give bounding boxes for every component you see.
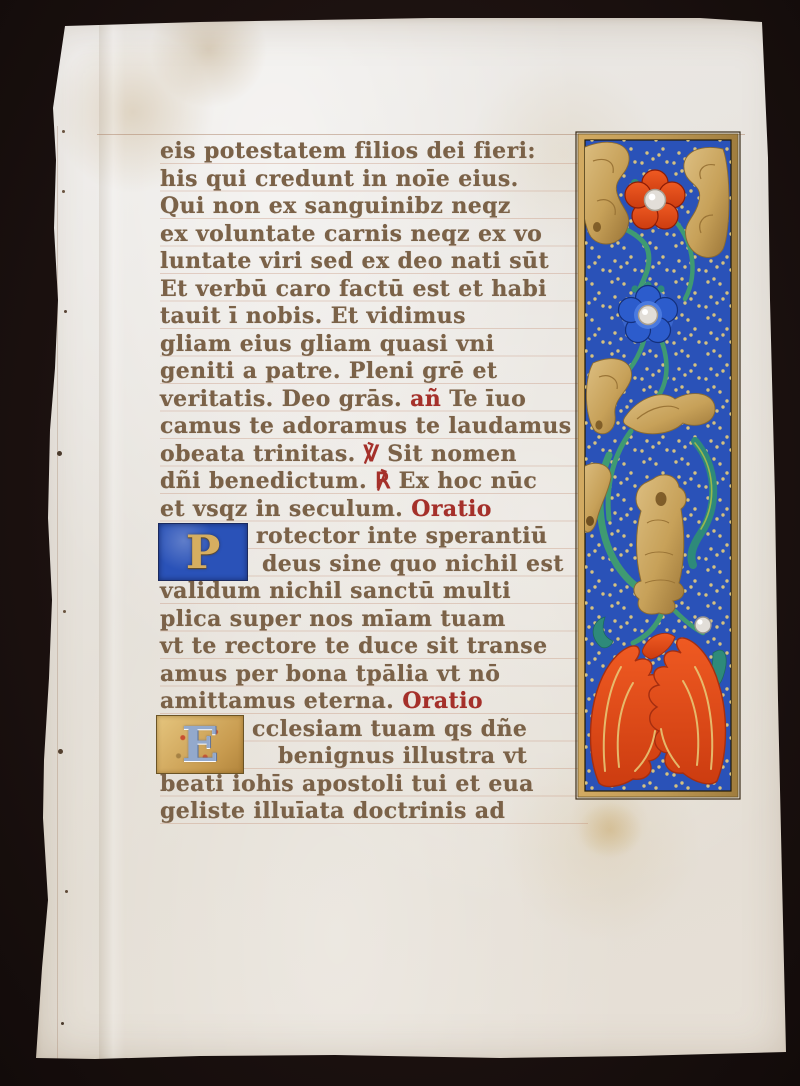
text-line-19: vt te rectore te duce sit transe	[160, 633, 588, 661]
text-line-3: Qui non ex sanguinibz neqz	[160, 193, 588, 221]
text-line-13: dñi benedictum. ℟ Ex hoc nūc	[160, 468, 588, 496]
initial-letter-e: E	[182, 717, 219, 773]
text-line-18: plica super nos mīam tuam	[160, 606, 588, 634]
manuscript-leaf: eis potestatem filios dei fieri:his qui …	[35, 18, 790, 1062]
text-line-2: his qui credunt in noīe eius.	[160, 166, 588, 194]
text-line-5: luntate viri sed ex deo nati sūt	[160, 248, 588, 276]
body-text: obeata trinitas.	[160, 441, 364, 467]
body-text: geniti a patre. Pleni grē et	[160, 358, 497, 384]
rubric-text: Oratio	[402, 688, 483, 714]
text-line-20: amus per bona tpālia vt nō	[160, 661, 588, 689]
illuminated-initial-P: P	[158, 523, 248, 581]
text-line-17: validum nichil sanctū multi	[160, 578, 588, 606]
body-text: beati iohīs apostoli tui et eua	[160, 771, 534, 797]
photograph-backdrop: eis potestatem filios dei fieri:his qui …	[0, 0, 800, 1086]
body-text: geliste illuīata doctrinis ad	[160, 798, 505, 824]
body-text: veritatis. Deo grās.	[160, 386, 410, 412]
body-text: tauit ī nobis. Et vidimus	[160, 303, 466, 329]
body-text: dñi benedictum.	[160, 468, 375, 494]
body-text: Et verbū caro factū est et habi	[160, 276, 547, 302]
silver-pearl	[695, 617, 711, 633]
body-text: cclesiam tuam qs dñe	[252, 716, 527, 742]
body-text: his qui credunt in noīe eius.	[160, 166, 519, 192]
body-text: gliam eius gliam quasi vni	[160, 331, 495, 357]
text-line-21: amittamus eterna. Oratio	[160, 688, 588, 716]
body-text: deus sine quo nichil est	[262, 551, 564, 577]
body-text: et vsqz in seculum.	[160, 496, 411, 522]
body-text: eis potestatem filios dei fieri:	[160, 138, 536, 164]
parchment-crease	[99, 18, 125, 1062]
body-text: camus te adoramus te laudamus	[160, 413, 572, 439]
text-line-6: Et verbū caro factū est et habi	[160, 276, 588, 304]
text-line-8: gliam eius gliam quasi vni	[160, 331, 588, 359]
text-line-24: beati iohīs apostoli tui et eua	[160, 771, 588, 799]
gold-bell-flower-center	[634, 475, 686, 614]
body-text: Te īuo	[449, 386, 526, 412]
body-text: vt te rectore te duce sit transe	[160, 633, 548, 659]
body-text: luntate viri sed ex deo nati sūt	[160, 248, 549, 274]
body-text: validum nichil sanctū multi	[160, 578, 511, 604]
text-line-4: ex voluntate carnis neqz ex vo	[160, 221, 588, 249]
illuminated-border-panel	[575, 131, 741, 800]
body-text: ex voluntate carnis neqz ex vo	[160, 221, 542, 247]
body-text: benignus illustra vt	[278, 743, 527, 769]
text-line-12: obeata trinitas. ℣ Sit nomen	[160, 441, 588, 469]
body-text: Sit nomen	[387, 441, 517, 467]
text-line-10: veritatis. Deo grās. añ Te īuo	[160, 386, 588, 414]
text-line-9: geniti a patre. Pleni grē et	[160, 358, 588, 386]
text-line-14: et vsqz in seculum. Oratio	[160, 496, 588, 524]
pearl-highlight	[697, 619, 702, 624]
edge-specks	[62, 190, 65, 193]
body-text: amus per bona tpālia vt nō	[160, 661, 500, 687]
margin-ruling-line	[57, 126, 58, 1060]
illuminated-initial-E: E	[156, 715, 244, 774]
rubric-text: añ	[410, 386, 449, 412]
body-text: amittamus eterna.	[160, 688, 402, 714]
text-line-7: tauit ī nobis. Et vidimus	[160, 303, 588, 331]
rubric-text: Oratio	[411, 496, 492, 522]
body-text: plica super nos mīam tuam	[160, 606, 506, 632]
rubric-text: ℟	[375, 468, 399, 494]
initial-letter-p: P	[186, 525, 221, 579]
body-text: rotector inte sperantiū	[256, 523, 547, 549]
text-line-11: camus te adoramus te laudamus	[160, 413, 588, 441]
body-text: Qui non ex sanguinibz neqz	[160, 193, 511, 219]
text-line-1: eis potestatem filios dei fieri:	[160, 138, 588, 166]
text-line-25: geliste illuīata doctrinis ad	[160, 798, 588, 826]
rubric-text: ℣	[364, 441, 388, 467]
body-text: Ex hoc nūc	[399, 468, 538, 494]
